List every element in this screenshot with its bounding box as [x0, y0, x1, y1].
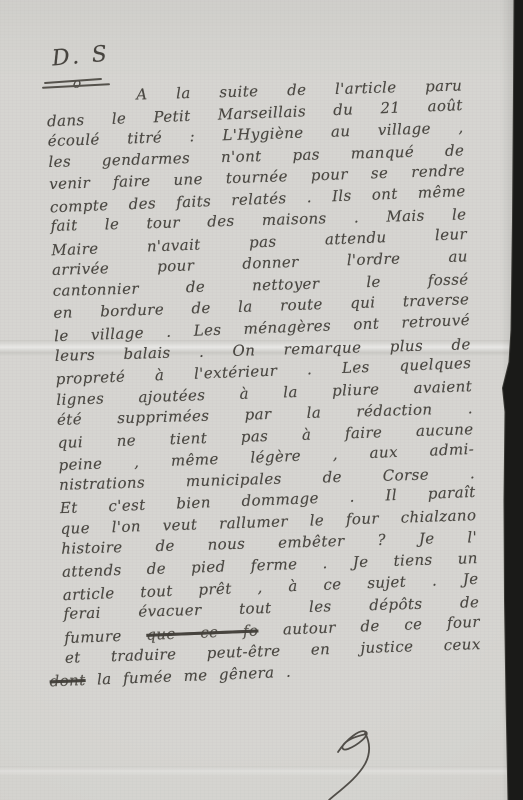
scanned-letter-photo: D. S o A la suite de l'article parudans …: [0, 0, 523, 800]
fold-crease-bottom: [0, 766, 523, 776]
right-edge-shadow: [501, 0, 515, 800]
signature-flourish: [312, 720, 396, 800]
header-mark-text: D. S: [51, 42, 111, 72]
paper: D. S o A la suite de l'article parudans …: [0, 0, 523, 800]
struck-text: que ce fo: [146, 621, 259, 643]
header-mark: D. S: [51, 42, 111, 72]
struck-text: dont: [49, 671, 86, 690]
handwriting-lines: A la suite de l'article parudans le Peti…: [46, 74, 482, 691]
handwriting-segment: fumure: [64, 626, 147, 647]
